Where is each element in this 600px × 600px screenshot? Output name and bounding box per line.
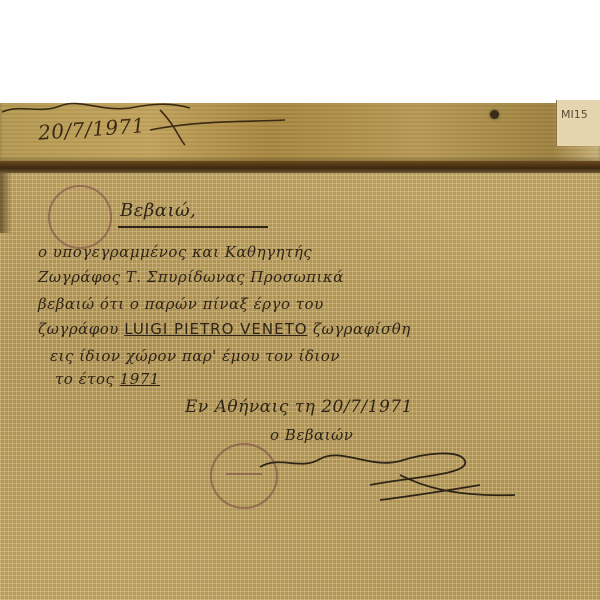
place-date: Εν Αθήναις τη 20/7/1971 bbox=[185, 397, 413, 417]
certificate-line-4: ζωγράφου LUIGI PIETRO VENETO ζωγραφίσθη bbox=[38, 320, 411, 338]
certificate-title: Βεβαιώ, bbox=[120, 200, 196, 221]
certificate-line-5: εις ίδιον χώρον παρ' έμου τον ίδιον bbox=[50, 347, 340, 365]
nail-head bbox=[490, 110, 499, 119]
stamp-circle-top bbox=[48, 185, 112, 249]
certificate-year: 1971 bbox=[120, 370, 160, 388]
inventory-label-tag: MI15 bbox=[556, 100, 600, 146]
certificate-line-2: Ζωγράφος Τ. Σπυρίδωνας Προσωπικά bbox=[38, 268, 344, 286]
line4-suffix: ζωγραφίσθη bbox=[313, 320, 411, 338]
line6-prefix: το έτος bbox=[55, 370, 114, 388]
frame-edge bbox=[0, 161, 600, 173]
handwritten-signature bbox=[250, 445, 530, 515]
certificate-line-1: ο υπογεγραμμένος και Καθηγητής bbox=[38, 243, 312, 261]
artist-name: LUIGI PIETRO VENETO bbox=[124, 320, 307, 338]
canvas-shadow bbox=[0, 173, 12, 233]
certifier-label: ο Βεβαιών bbox=[270, 426, 353, 444]
certificate-line-6: το έτος 1971 bbox=[55, 370, 160, 388]
certificate-line-3: βεβαιώ ότι ο παρών πίναξ έργο του bbox=[38, 295, 324, 313]
title-underline bbox=[118, 226, 268, 228]
line4-prefix: ζωγράφου bbox=[38, 320, 119, 338]
